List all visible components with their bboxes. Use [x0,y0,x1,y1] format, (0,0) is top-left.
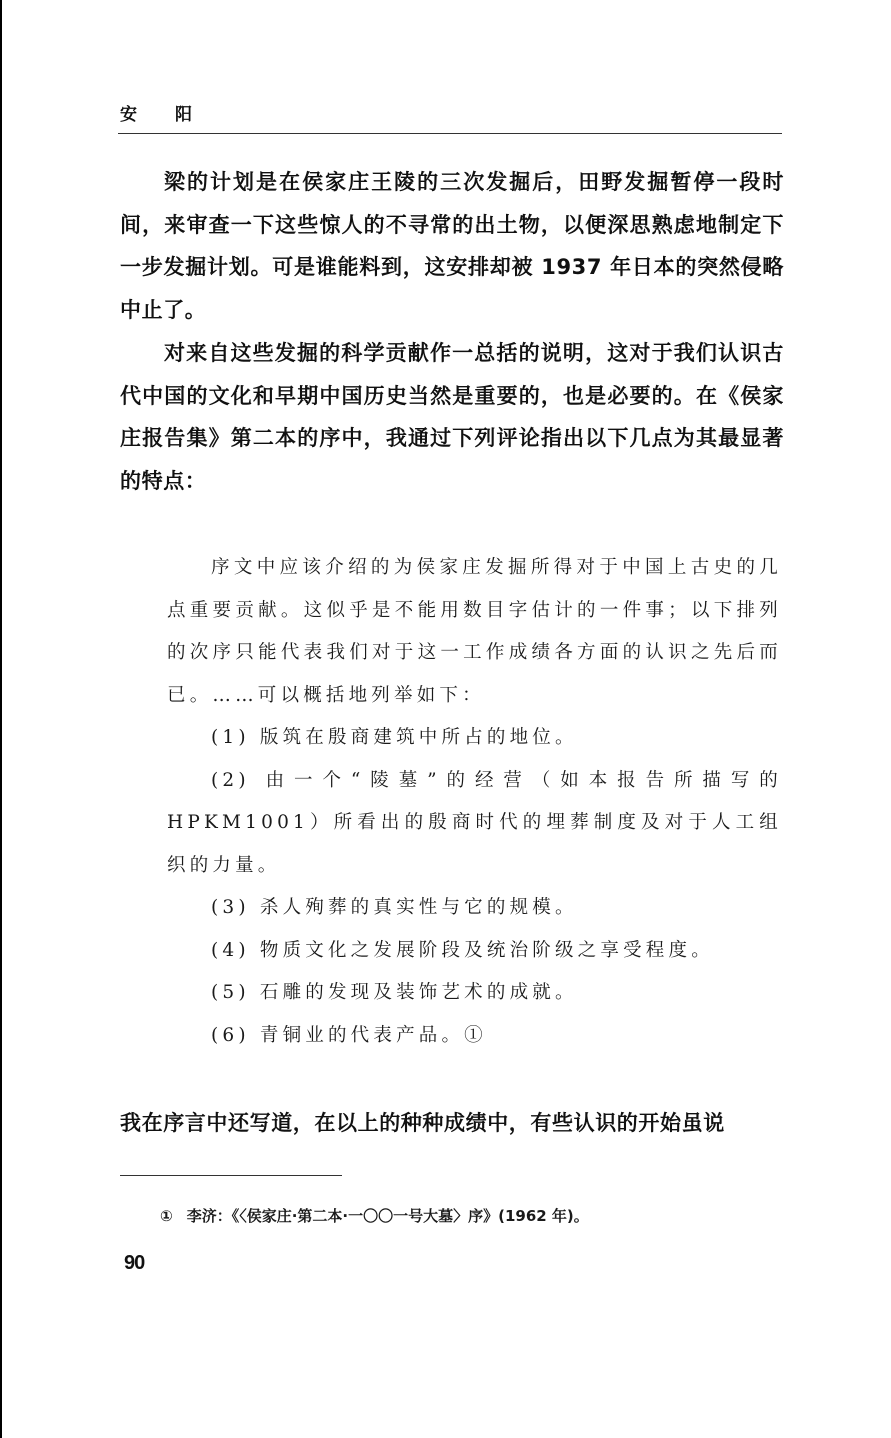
footnote-text: 李济：《〈侯家庄·第二本·一〇〇一号大墓〉序》(1962 年)。 [187,1207,589,1225]
footnote: ①李济：《〈侯家庄·第二本·一〇〇一号大墓〉序》(1962 年)。 [160,1205,589,1226]
quote-list-item-2: (2) 由一个“陵墓”的经营（如本报告所描写的 HPKM1001）所看出的殷商时… [167,760,782,888]
header-rule [118,133,782,134]
block-quote: 序文中应该介绍的为侯家庄发掘所得对于中国上古史的几点重要贡献。这似乎是不能用数目… [167,547,782,1057]
body-paragraph-1: 梁的计划是在侯家庄王陵的三次发掘后，田野发掘暂停一段时间，来审查一下这些惊人的不… [120,161,784,331]
body-paragraph-3: 我在序言中还写道，在以上的种种成绩中，有些认识的开始虽说 [120,1102,784,1145]
quote-list-item-4: (4) 物质文化之发展阶段及统治阶级之享受程度。 [167,930,782,973]
page-left-edge [0,0,2,1438]
quote-intro: 序文中应该介绍的为侯家庄发掘所得对于中国上古史的几点重要贡献。这似乎是不能用数目… [167,547,782,717]
paragraph-text: 对来自这些发掘的科学贡献作一总括的说明，这对于我们认识古代中国的文化和早期中国历… [120,332,784,502]
quote-list-item-5: (5) 石雕的发现及装饰艺术的成就。 [167,972,782,1015]
paragraph-text: 梁的计划是在侯家庄王陵的三次发掘后，田野发掘暂停一段时间，来审查一下这些惊人的不… [120,161,784,331]
footnote-rule [120,1175,342,1176]
footnote-mark: ① [160,1207,173,1225]
quote-list-item-1: (1) 版筑在殷商建筑中所占的地位。 [167,717,782,760]
quote-list-item-3: (3) 杀人殉葬的真实性与它的规模。 [167,887,782,930]
running-head: 安阳 [120,100,192,125]
paragraph-text: 我在序言中还写道，在以上的种种成绩中，有些认识的开始虽说 [120,1102,784,1145]
running-head-char-2: 阳 [175,105,192,125]
quote-list-item-6: (6) 青铜业的代表产品。① [167,1015,782,1058]
running-head-char-1: 安 [120,105,137,125]
page-number: 90 [124,1252,144,1275]
body-paragraph-2: 对来自这些发掘的科学贡献作一总括的说明，这对于我们认识古代中国的文化和早期中国历… [120,332,784,502]
